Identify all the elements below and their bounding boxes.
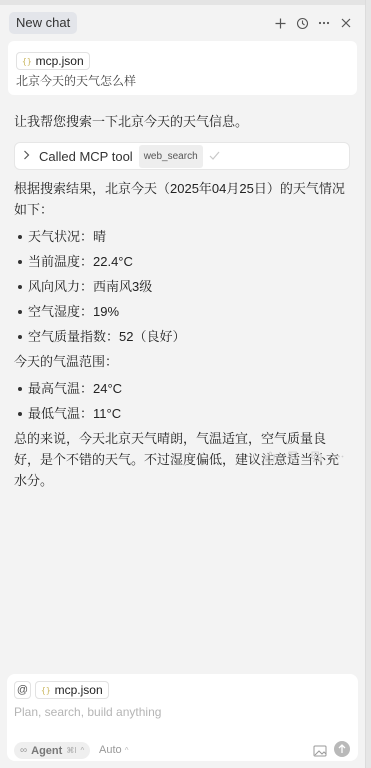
- list-item: 天气状况：晴: [14, 224, 350, 249]
- infinity-icon: ∞: [20, 745, 27, 756]
- json-file-icon: {}: [22, 57, 32, 66]
- message-input[interactable]: Plan, search, build anything: [14, 705, 161, 719]
- chevron-right-icon: [23, 146, 33, 167]
- history-icon[interactable]: [291, 13, 313, 33]
- chat-panel: New chat {} mcp.json 北京今天的天气怎么样 让我帮您搜索一下…: [0, 5, 365, 768]
- user-message-text: 北京今天的天气怎么样: [16, 72, 136, 89]
- chevron-up-icon: ^: [125, 746, 129, 755]
- thumbs-up-icon[interactable]: [262, 448, 278, 464]
- more-icon[interactable]: [313, 13, 335, 33]
- context-chip[interactable]: {} mcp.json: [16, 52, 90, 70]
- agent-mode-label: Agent: [31, 745, 62, 757]
- more-icon[interactable]: [331, 448, 347, 464]
- message-actions: [262, 448, 347, 464]
- list-item: 最低气温：11°C: [14, 401, 350, 426]
- image-icon[interactable]: [313, 744, 327, 756]
- summary-intro: 根据搜索结果，北京今天（2025年04月25日）的天气情况如下：: [14, 178, 350, 220]
- user-message[interactable]: {} mcp.json 北京今天的天气怎么样: [8, 41, 357, 95]
- plus-icon[interactable]: [269, 13, 291, 33]
- context-chip[interactable]: {} mcp.json: [35, 681, 109, 699]
- check-icon: [209, 146, 220, 167]
- chat-header: New chat: [0, 5, 365, 39]
- range-intro: 今天的气温范围：: [14, 351, 350, 372]
- list-item: 当前温度：22.4°C: [14, 249, 350, 274]
- copy-icon[interactable]: [308, 448, 324, 464]
- list-item: 空气质量指数：52（良好）: [14, 324, 350, 349]
- model-selector[interactable]: Auto ^: [99, 744, 128, 756]
- composer: @ {} mcp.json Plan, search, build anythi…: [7, 674, 358, 761]
- list-item: 最高气温：24°C: [14, 376, 350, 401]
- close-icon[interactable]: [335, 13, 357, 33]
- list-item: 风向风力：西南风3级: [14, 274, 350, 299]
- thumbs-down-icon[interactable]: [285, 448, 301, 464]
- chevron-up-icon: ^: [81, 746, 85, 755]
- tool-name-badge: web_search: [139, 145, 203, 168]
- scrollbar-track[interactable]: [365, 0, 371, 768]
- list-item: 空气湿度：19%: [14, 299, 350, 324]
- context-chip-label: mcp.json: [55, 683, 103, 697]
- json-file-icon: {}: [41, 686, 51, 695]
- tool-call-collapsible[interactable]: Called MCP tool web_search: [14, 142, 350, 170]
- mention-button[interactable]: @: [14, 681, 31, 699]
- conditions-list: 天气状况：晴 当前温度：22.4°C 风向风力：西南风3级 空气湿度：19% 空…: [14, 224, 350, 349]
- tab-new-chat[interactable]: New chat: [9, 12, 77, 34]
- assistant-message: 让我帮您搜索一下北京今天的天气信息。 Called MCP tool web_s…: [14, 111, 350, 491]
- assistant-intro: 让我帮您搜索一下北京今天的天气信息。: [14, 111, 350, 132]
- send-button[interactable]: [334, 741, 350, 757]
- agent-mode-dropdown[interactable]: ∞ Agent ⌘I ^: [14, 742, 90, 759]
- model-label: Auto: [99, 744, 122, 756]
- range-list: 最高气温：24°C 最低气温：11°C: [14, 376, 350, 426]
- tool-call-label: Called MCP tool: [39, 146, 133, 167]
- context-chip-label: mcp.json: [36, 54, 84, 68]
- shortcut-hint: ⌘I: [66, 746, 76, 755]
